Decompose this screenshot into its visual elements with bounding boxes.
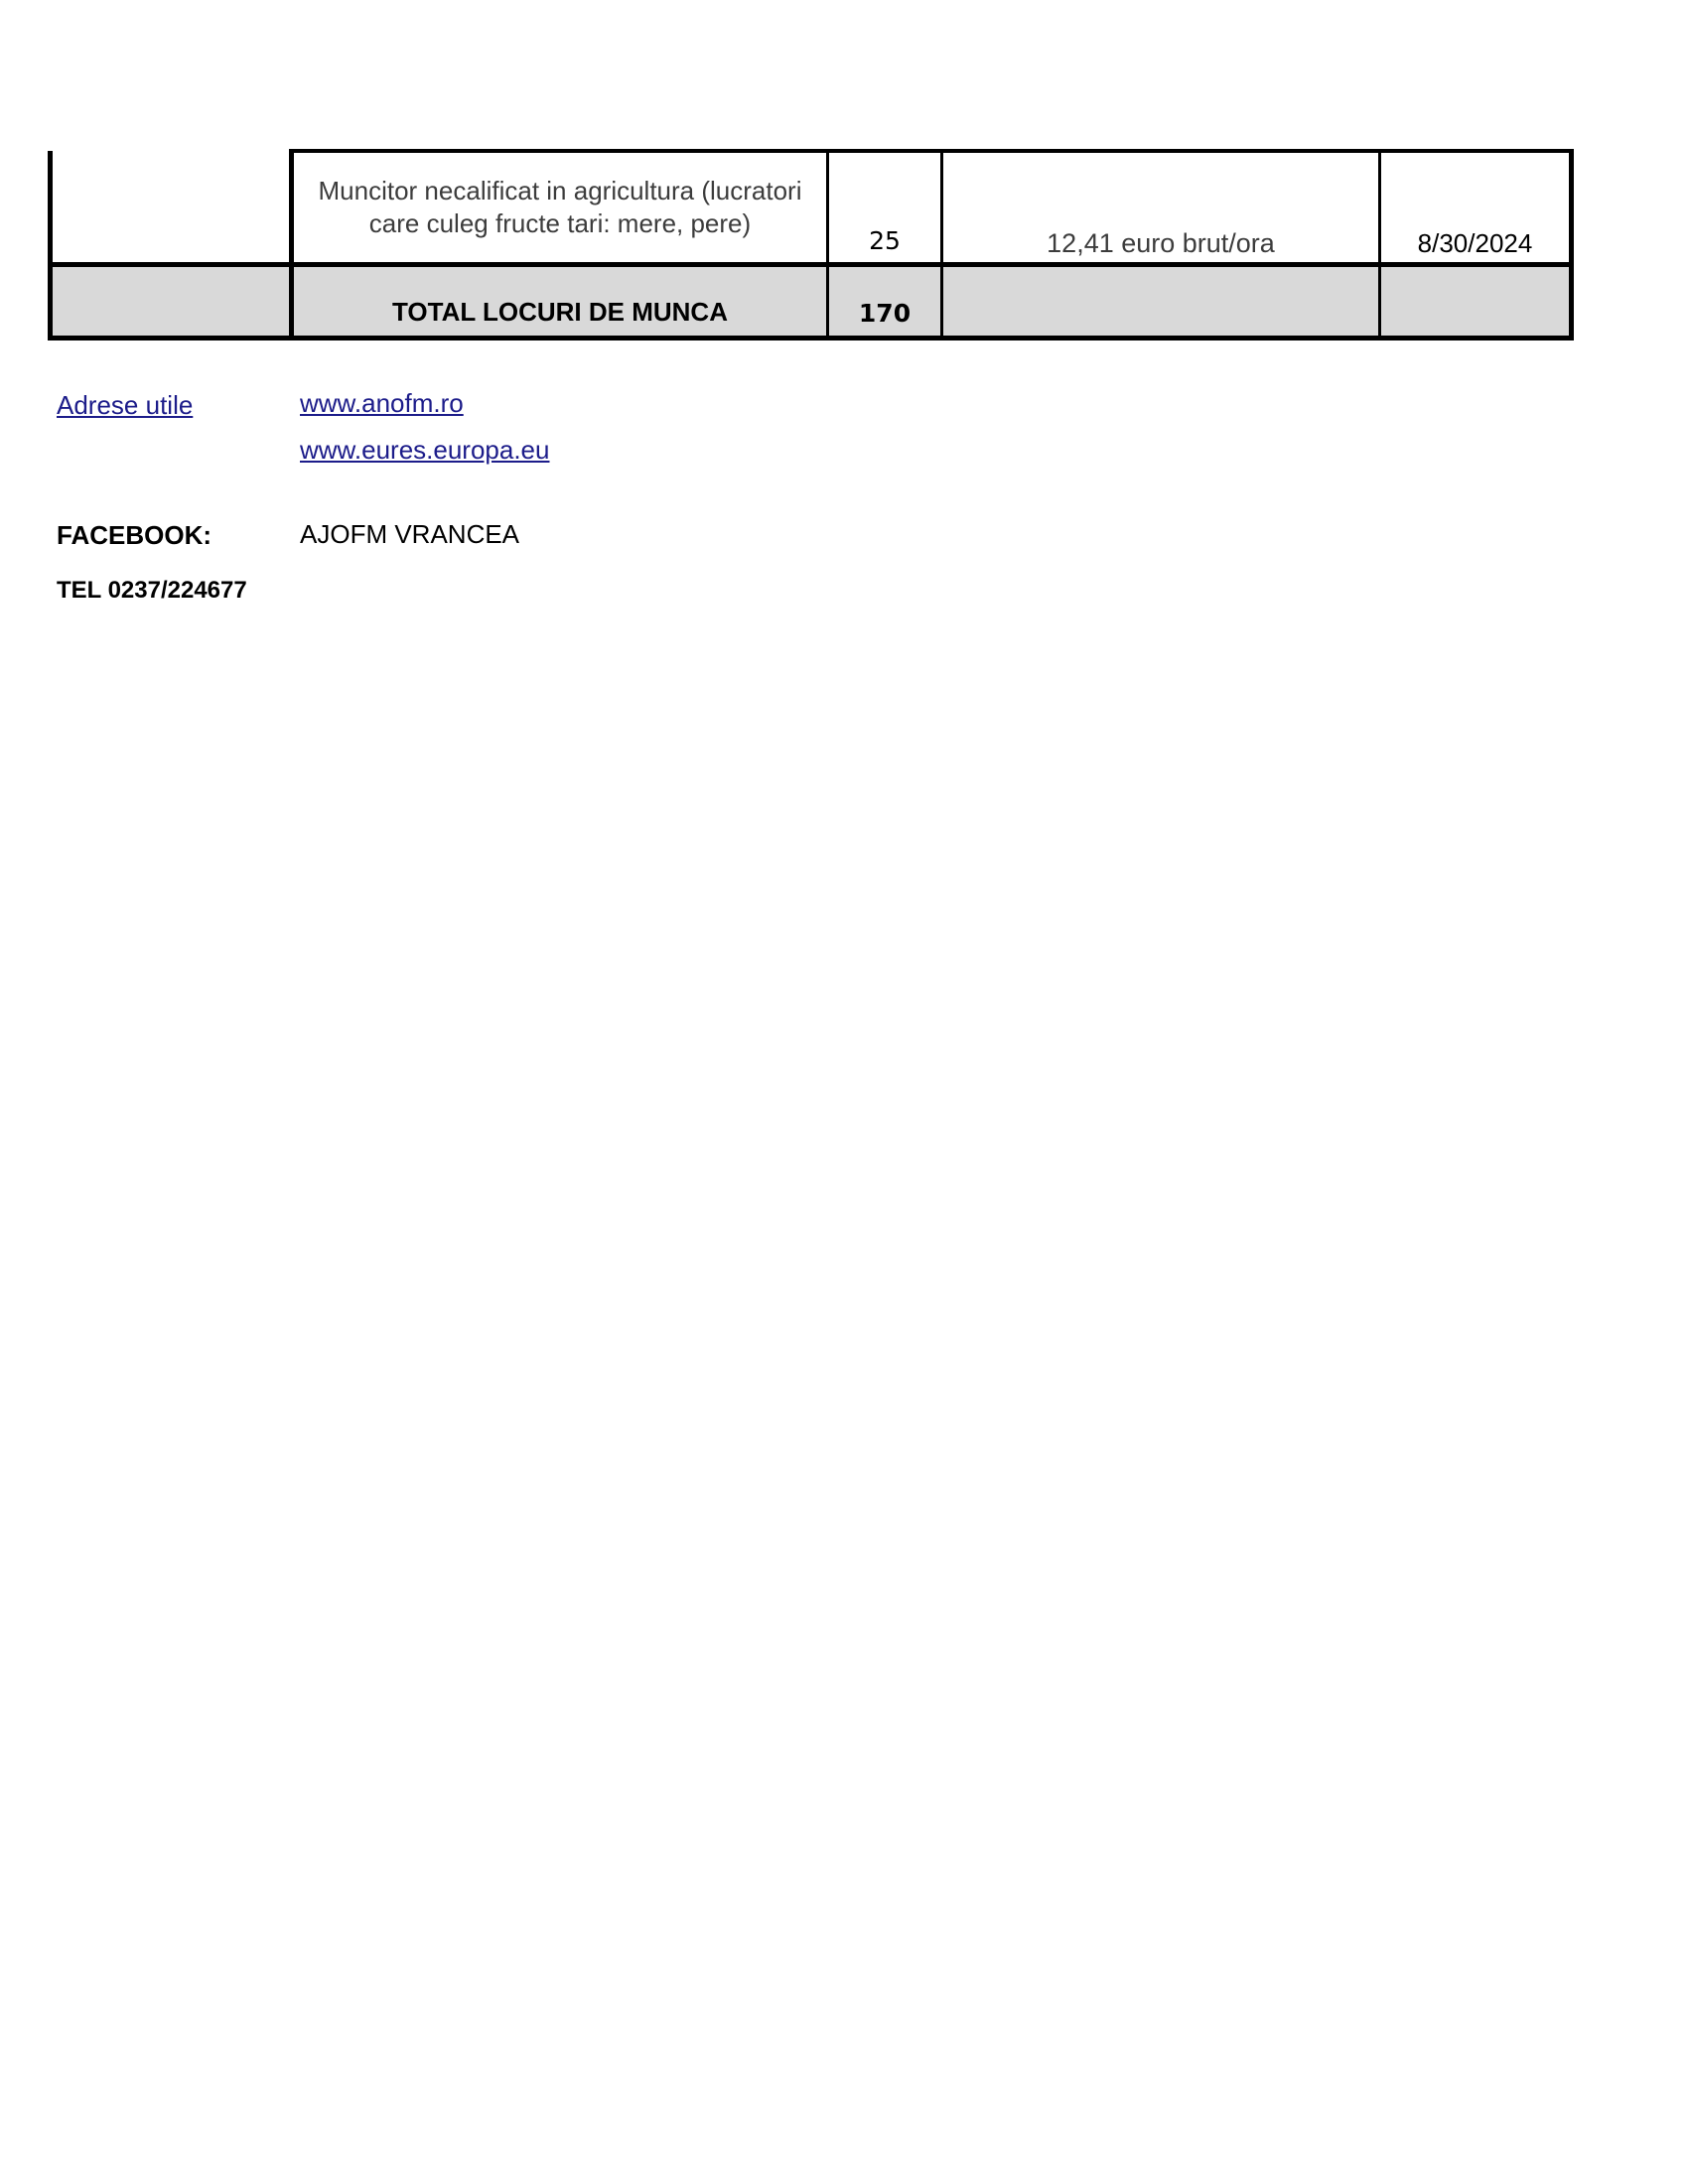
- phone-number: TEL 0237/224677: [57, 577, 247, 605]
- total-deadline-cell: [1381, 267, 1569, 336]
- total-value-cell: 170: [829, 267, 940, 336]
- eures-link-wrapper: www.eures.europa.eu: [300, 435, 549, 470]
- salary-cell: 12,41 euro brut/ora: [943, 153, 1378, 262]
- table-column-divider: [1378, 149, 1381, 341]
- facebook-label: FACEBOOK:: [57, 520, 211, 550]
- facebook-page-name: AJOFM VRANCEA: [300, 519, 519, 549]
- occupation-cell: Muncitor necalificat in agricultura (luc…: [294, 153, 826, 262]
- total-value: 170: [829, 299, 940, 329]
- anofm-link[interactable]: www.anofm.ro: [300, 388, 464, 418]
- deadline-cell: 8/30/2024: [1381, 153, 1569, 262]
- salary-value: 12,41 euro brut/ora: [943, 228, 1378, 258]
- eures-link[interactable]: www.eures.europa.eu: [300, 435, 549, 465]
- positions-value: 25: [829, 226, 940, 255]
- table-row-cell-empty: [53, 151, 289, 262]
- table-column-divider: [289, 149, 294, 341]
- table-right-border: [1569, 149, 1574, 341]
- table-column-divider: [940, 149, 943, 341]
- anofm-link-wrapper: www.anofm.ro: [300, 388, 464, 423]
- positions-cell: 25: [829, 153, 940, 262]
- total-label-cell: TOTAL LOCURI DE MUNCA: [294, 267, 826, 336]
- total-row-empty-cell: [53, 267, 289, 336]
- deadline-value: 8/30/2024: [1381, 228, 1569, 258]
- useful-addresses-link[interactable]: Adrese utile: [57, 390, 193, 420]
- total-label: TOTAL LOCURI DE MUNCA: [294, 297, 826, 327]
- table-row-divider: [48, 262, 1574, 267]
- useful-addresses-section: Adrese utile: [57, 390, 193, 425]
- table-bottom-border: [48, 336, 1574, 341]
- table-left-border: [48, 151, 53, 341]
- table-column-divider: [826, 149, 829, 341]
- total-salary-cell: [943, 267, 1378, 336]
- occupation-text: Muncitor necalificat in agricultura (luc…: [302, 175, 818, 240]
